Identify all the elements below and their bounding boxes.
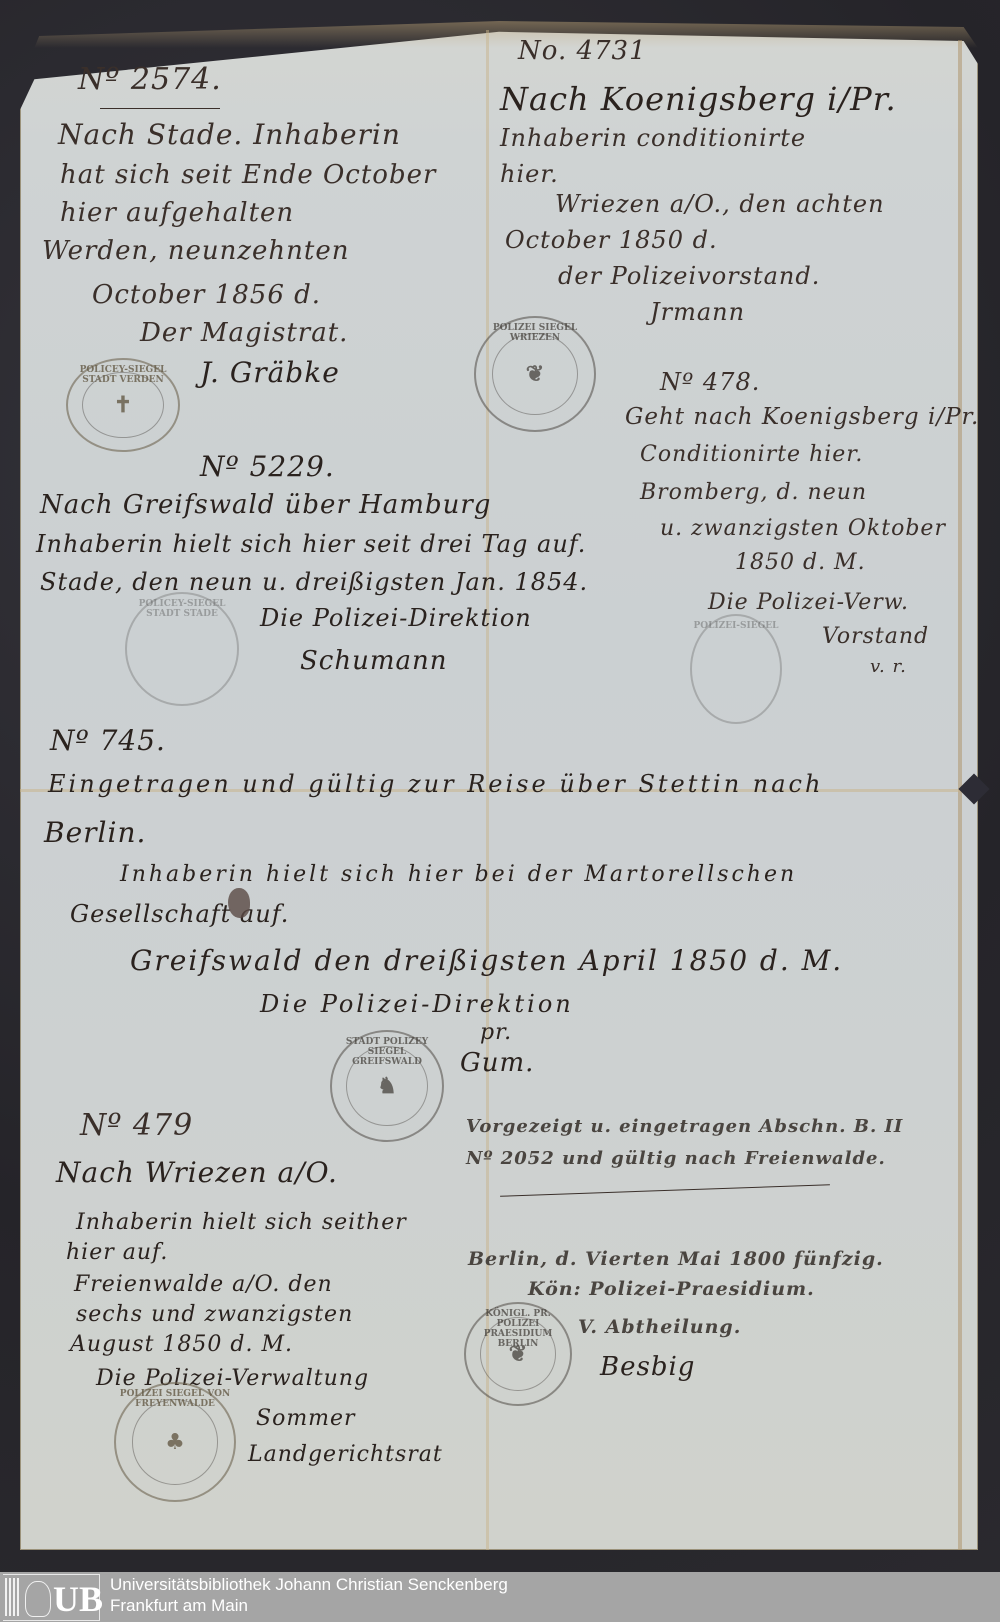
stamp-text: POLICEY-SIEGEL STADT VERDEN	[68, 366, 178, 386]
stamp-verden: POLICEY-SIEGEL STADT VERDEN ✝	[66, 358, 180, 452]
stamp-text: KÖNIGL. PR. POLIZEI PRAESIDIUM BERLIN	[466, 1310, 570, 1350]
entry-line: Nach Greifswald über Hamburg	[40, 490, 491, 520]
entry-line: Werden, neunzehnten	[42, 236, 350, 266]
entry-line: Berlin, d. Vierten Mai 1800 fünfzig.	[468, 1248, 884, 1270]
signature: Gum.	[460, 1048, 534, 1078]
entry-line: Nach Wriezen a/O.	[56, 1156, 338, 1189]
stamp-text: POLIZEI SIEGEL WRIEZEN	[476, 324, 594, 344]
underline	[100, 108, 220, 109]
eagle-emblem-icon: ❦	[492, 333, 579, 416]
entry-line: Inhaberin conditionirte	[500, 124, 806, 152]
stamp-freyenwalde: POLIZEI SIEGEL VON FREYENWALDE ♣	[114, 1382, 236, 1502]
entry-line: hier.	[500, 160, 559, 188]
institution-name: Universitätsbibliothek Johann Christian …	[110, 1575, 508, 1595]
entry-number: No. 4731	[518, 36, 647, 66]
entry-line: pr.	[480, 1020, 512, 1045]
signature: Jrmann	[650, 298, 745, 326]
ub-logo-text: UB	[53, 1579, 103, 1619]
stamp-bromberg: POLIZEI-SIEGEL	[690, 614, 782, 724]
signature-title: Landgerichtsrat	[248, 1442, 443, 1467]
entry-line: der Polizeivorstand.	[558, 262, 820, 290]
entry-line: Wriezen a/O., den achten	[555, 190, 885, 218]
ink-blot	[228, 888, 250, 918]
entry-number: Nº 479	[80, 1108, 193, 1143]
entry-number: Nº 478.	[660, 368, 760, 396]
entry-line: hier auf.	[66, 1240, 168, 1265]
stamp-text: POLICEY-SIEGEL STADT STADE	[127, 600, 237, 620]
tree-emblem-icon: ♣	[132, 1399, 219, 1485]
entry-line: Inhaberin hielt sich seither	[76, 1210, 407, 1235]
institution-location: Frankfurt am Main	[110, 1596, 248, 1616]
stamp-greifswald: STADT POLIZEY SIEGEL GREIFSWALD ♞	[330, 1030, 444, 1142]
signature: Vorstand	[822, 624, 929, 649]
entry-line: Kön: Polizei-Praesidium.	[528, 1278, 815, 1300]
entry-number: Nº 745.	[50, 724, 166, 757]
entry-line: Geht nach Koenigsberg i/Pr.	[625, 404, 979, 430]
entry-line: 1850 d. M.	[735, 550, 866, 575]
entry-line: Freienwalde a/O. den	[74, 1272, 333, 1297]
stamp-berlin: KÖNIGL. PR. POLIZEI PRAESIDIUM BERLIN ❦	[464, 1302, 572, 1406]
library-footer-banner: UB Universitätsbibliothek Johann Christi…	[0, 1572, 1000, 1622]
entry-line: Inhaberin hielt sich hier seit drei Tag …	[36, 530, 586, 558]
entry-line: Die Polizei-Direktion	[260, 604, 532, 632]
signature: Besbig	[600, 1352, 695, 1382]
entry-line: Eingetragen und gültig zur Reise über St…	[48, 770, 823, 798]
entry-line: Conditionirte hier.	[640, 442, 863, 467]
entry-line: Nach Koenigsberg i/Pr.	[500, 80, 897, 118]
entry-line: October 1850 d.	[505, 226, 718, 254]
entry-number: Nº 2574.	[78, 62, 222, 97]
entry-line: Greifswald den dreißigsten April 1850 d.…	[130, 944, 843, 977]
stamp-text: POLIZEI-SIEGEL	[692, 622, 780, 632]
entry-line: hat sich seit Ende October	[60, 160, 436, 190]
ub-logo: UB	[3, 1574, 100, 1621]
entry-line: Nº 2052 und gültig nach Freienwalde.	[466, 1148, 886, 1169]
signature: J. Gräbke	[200, 356, 340, 389]
entry-line: Die Polizei-Direktion	[260, 990, 574, 1018]
signature: Sommer	[256, 1406, 356, 1431]
entry-line: Vorgezeigt u. eingetragen Abschn. B. II	[466, 1116, 903, 1137]
signature: Schumann	[300, 646, 448, 676]
entry-line: V. Abtheilung.	[578, 1316, 741, 1338]
entry-line: Nach Stade. Inhaberin	[58, 118, 401, 151]
entry-line: August 1850 d. M.	[70, 1332, 293, 1357]
stamp-stade: POLICEY-SIEGEL STADT STADE	[125, 592, 239, 706]
entry-line: Berlin.	[44, 816, 146, 849]
entry-line: Die Polizei-Verw.	[708, 590, 909, 615]
entry-line: Gesellschaft auf.	[70, 900, 289, 928]
entry-line: sechs und zwanzigsten	[76, 1302, 353, 1327]
entry-line: Stade, den neun u. dreißigsten Jan. 1854…	[40, 568, 588, 596]
entry-number: Nº 5229.	[200, 450, 335, 483]
entry-line: hier aufgehalten	[60, 198, 294, 228]
entry-line: Die Polizei-Verwaltung	[96, 1366, 369, 1391]
senckenberg-portrait-icon	[25, 1581, 51, 1617]
entry-line: u. zwanzigsten Oktober	[660, 516, 946, 541]
pillars-icon	[5, 1578, 19, 1616]
stamp-text: POLIZEI SIEGEL VON FREYENWALDE	[116, 1390, 234, 1410]
stamp-wriezen: POLIZEI SIEGEL WRIEZEN ❦	[474, 316, 596, 432]
entry-line: October 1856 d.	[92, 280, 321, 310]
entry-line: Bromberg, d. neun	[640, 480, 867, 505]
entry-line: v. r.	[870, 656, 907, 677]
entry-line: Der Magistrat.	[140, 318, 348, 348]
right-fold-line	[958, 40, 962, 1550]
stamp-text: STADT POLIZEY SIEGEL GREIFSWALD	[332, 1038, 442, 1068]
entry-line: Inhaberin hielt sich hier bei der Martor…	[120, 862, 797, 887]
